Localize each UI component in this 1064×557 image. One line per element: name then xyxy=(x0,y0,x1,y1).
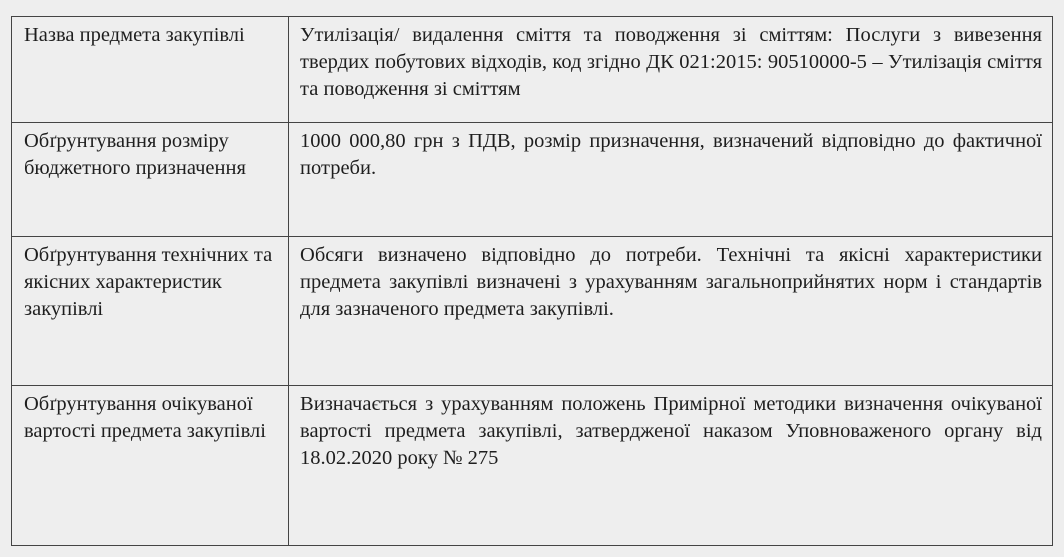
row-label-cell: Назва предмета закупівлі xyxy=(12,17,289,123)
table-row-technical-justification: Обґрунтування технічних та якісних харак… xyxy=(12,237,1053,386)
row-label: Обґрунтування розміру бюджетного признач… xyxy=(24,125,278,182)
row-label: Обґрунтування очікуваної вартості предме… xyxy=(24,388,278,445)
table-row-budget-justification: Обґрунтування розміру бюджетного признач… xyxy=(12,123,1053,237)
row-value-cell: Обсяги визначено відповідно до потреби. … xyxy=(289,237,1053,386)
row-value: Утилізація/ видалення сміття та поводжен… xyxy=(300,19,1042,103)
row-value: Обсяги визначено відповідно до потреби. … xyxy=(300,239,1042,323)
row-value: 1000 000,80 грн з ПДВ, розмір призначенн… xyxy=(300,125,1042,182)
procurement-justification-table: Назва предмета закупівлі Утилізація/ вид… xyxy=(11,16,1053,546)
row-value-cell: Визначається з урахуванням положень Прим… xyxy=(289,386,1053,546)
row-label: Назва предмета закупівлі xyxy=(24,19,278,49)
row-value: Визначається з урахуванням положень Прим… xyxy=(300,388,1042,472)
row-label: Обґрунтування технічних та якісних харак… xyxy=(24,239,278,323)
row-label-cell: Обґрунтування технічних та якісних харак… xyxy=(12,237,289,386)
table-row-expected-cost-justification: Обґрунтування очікуваної вартості предме… xyxy=(12,386,1053,546)
row-value-cell: Утилізація/ видалення сміття та поводжен… xyxy=(289,17,1053,123)
table-row-subject-name: Назва предмета закупівлі Утилізація/ вид… xyxy=(12,17,1053,123)
row-label-cell: Обґрунтування очікуваної вартості предме… xyxy=(12,386,289,546)
row-value-cell: 1000 000,80 грн з ПДВ, розмір призначенн… xyxy=(289,123,1053,237)
row-label-cell: Обґрунтування розміру бюджетного признач… xyxy=(12,123,289,237)
